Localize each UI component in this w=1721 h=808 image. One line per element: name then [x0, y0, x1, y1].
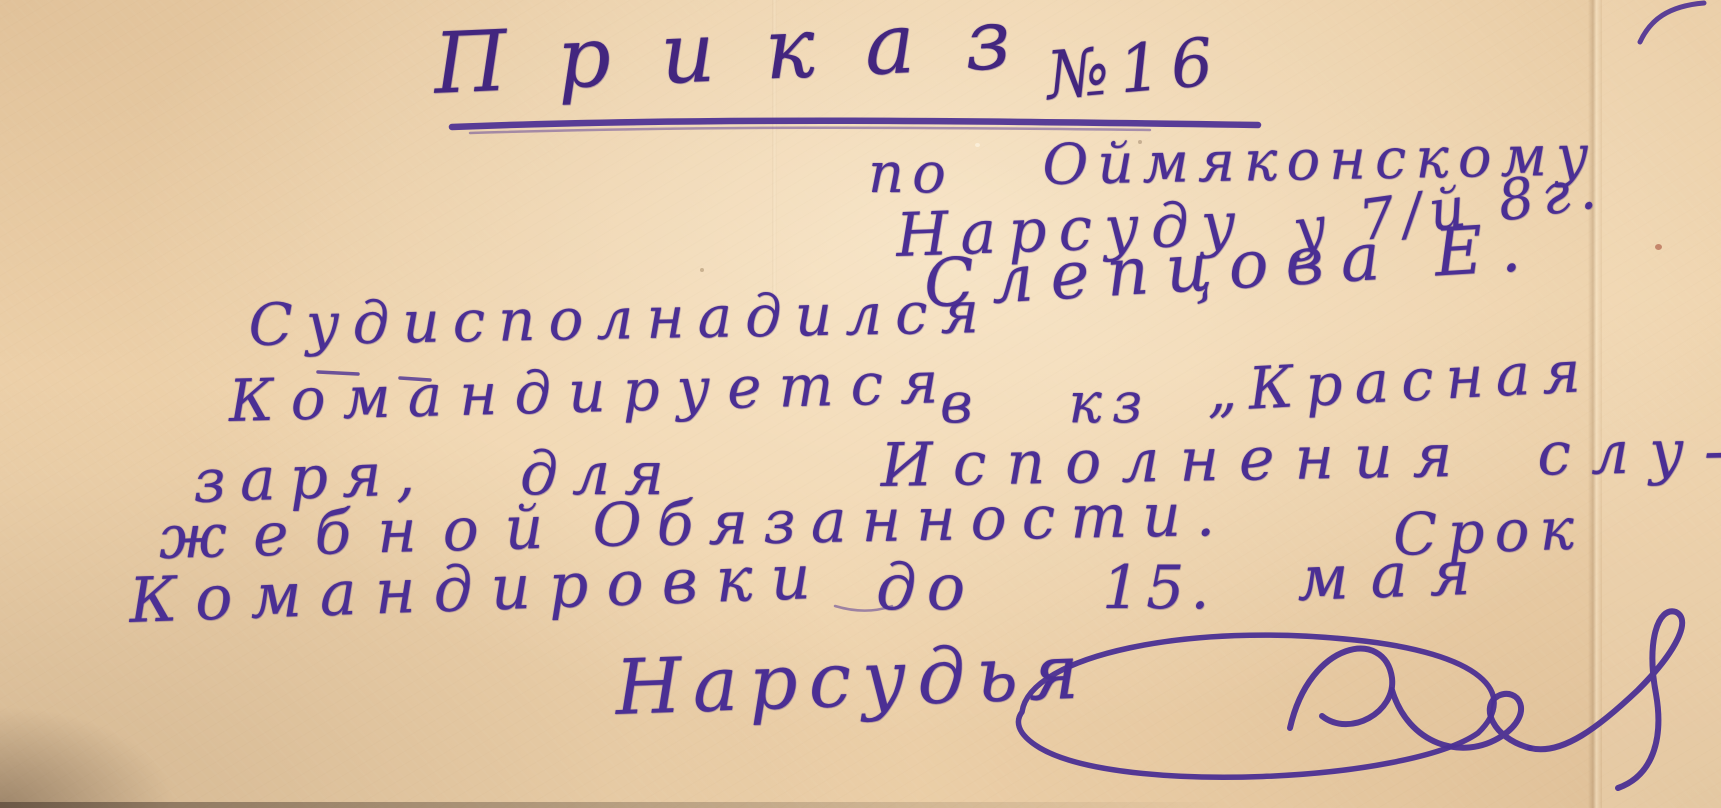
order-title: Приказ: [432, 0, 1062, 106]
paper-speck: [975, 143, 980, 147]
paper-corner-shadow: [0, 698, 190, 808]
body-role-word: Судисполнадился: [248, 283, 992, 354]
signature-scribble-3: [1530, 611, 1682, 788]
signature-scribble-1: [1290, 649, 1392, 728]
signoff-title: Нарсудья: [614, 633, 1091, 726]
order-number: №16: [1044, 29, 1226, 110]
signature-scribble-2: [1392, 690, 1530, 748]
body-farm-name-1: „Красная: [1205, 342, 1594, 420]
paper-speck: [700, 268, 704, 272]
body-day-number: 15.: [1102, 558, 1215, 618]
body-to-kolkhoz: в кз: [940, 376, 1152, 432]
body-verb: Командируется: [228, 353, 956, 430]
paper-right-panel: [1602, 0, 1721, 808]
corner-pen-stroke: [1640, 3, 1704, 42]
body-until-word: до: [876, 556, 975, 620]
title-underline-stroke: [452, 121, 1258, 127]
handwritten-order-page: Приказ №16 по Оймяконскому Нарсуду у 7/й…: [0, 0, 1721, 808]
body-month-word: мая: [1296, 541, 1493, 610]
court-line-preposition: по: [868, 146, 954, 202]
paper-speck: [1655, 244, 1662, 250]
paper-bottom-edge: [0, 802, 1270, 808]
